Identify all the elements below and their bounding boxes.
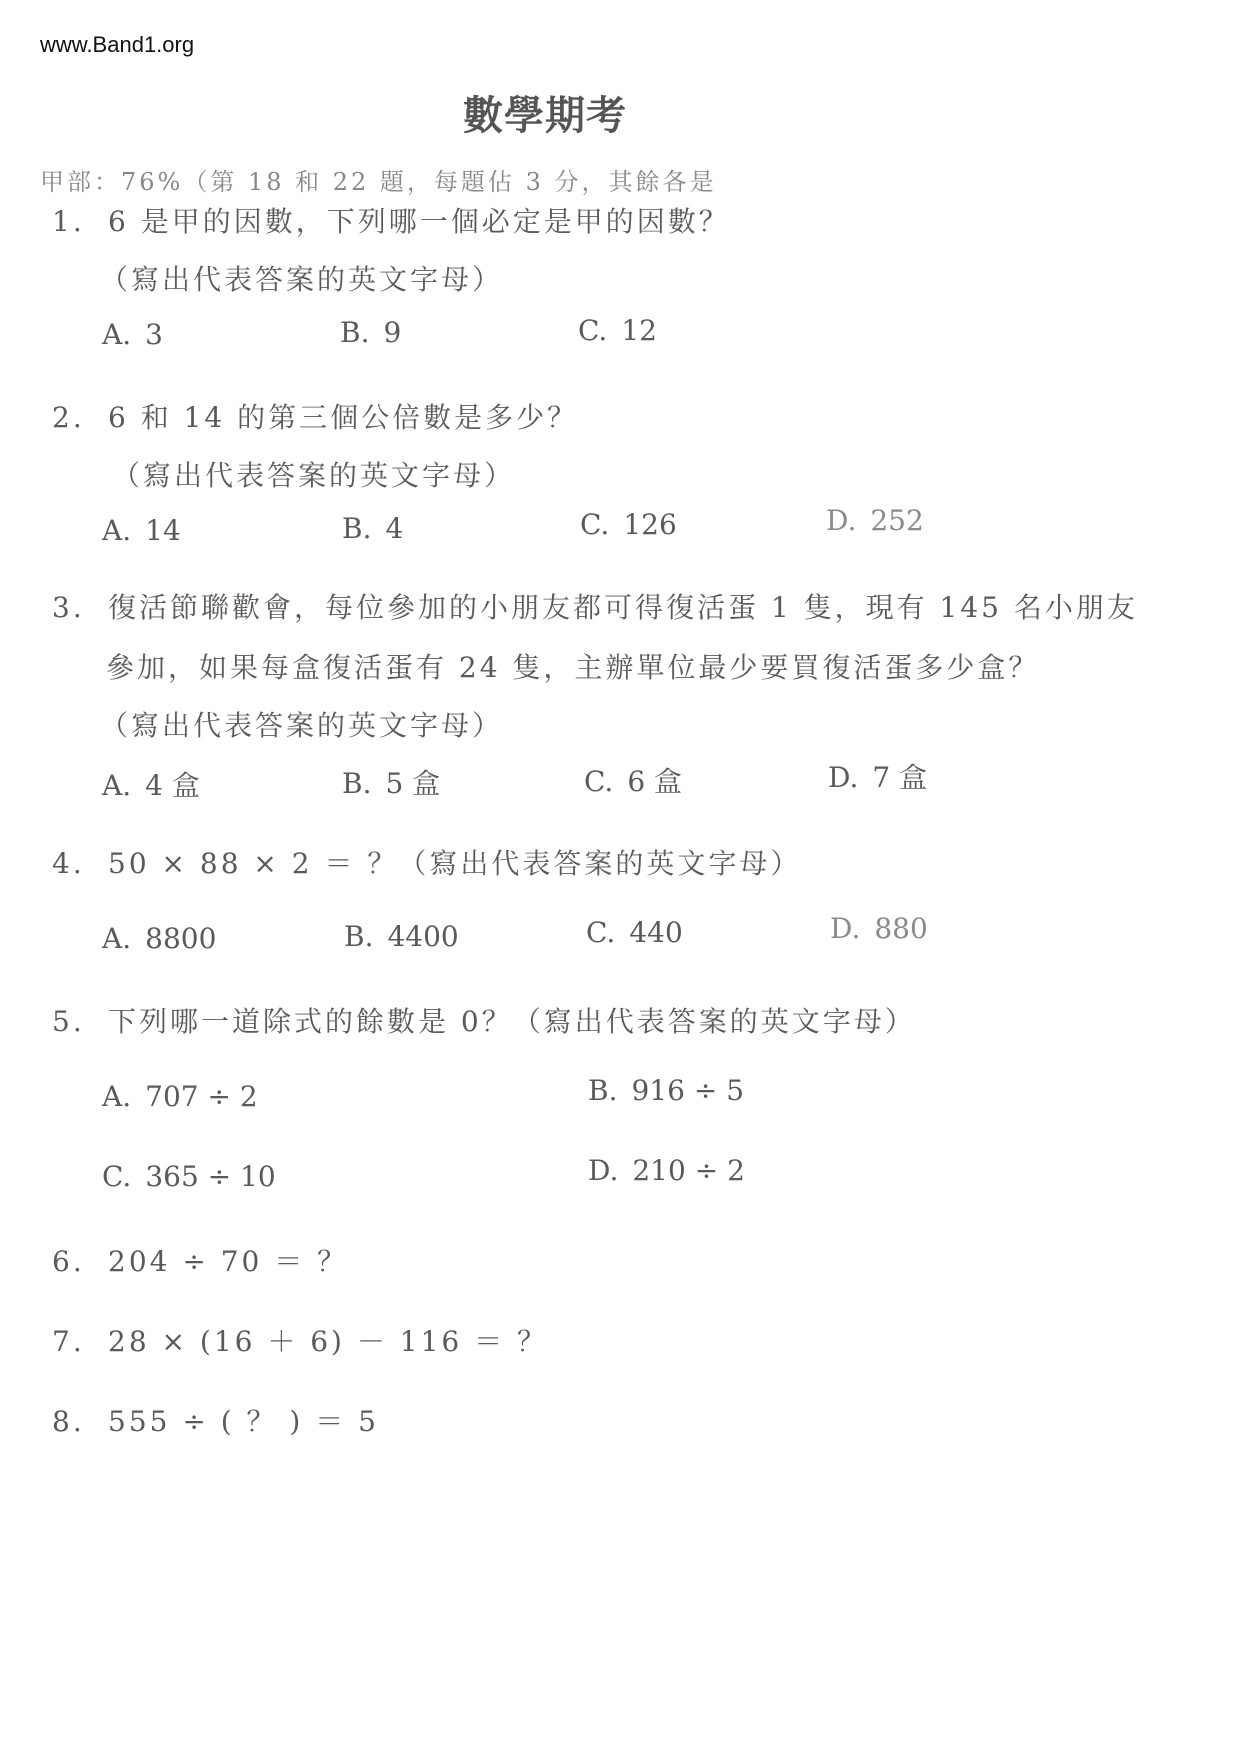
- option-a: A.14: [102, 514, 181, 547]
- option-c: C.440: [586, 916, 683, 949]
- option-b: B.4400: [344, 920, 459, 953]
- option-a: A.3: [102, 318, 163, 351]
- question-text: 28 × (16 ＋ 6) － 116 ＝ ？: [108, 1325, 548, 1358]
- site-url: www.Band1.org: [40, 32, 194, 58]
- question-instruction: （寫出代表答案的英文字母）: [112, 454, 515, 494]
- section-note: 甲部：76%（第 18 和 22 題，每題佔 3 分，其餘各是: [40, 162, 716, 197]
- question-number: 4.: [52, 847, 108, 880]
- question-text: 204 ÷ 70 ＝ ？: [108, 1245, 348, 1278]
- question-instruction: （寫出代表答案的英文字母）: [100, 704, 503, 744]
- question-7: 7.28 × (16 ＋ 6) － 116 ＝ ？: [52, 1320, 548, 1360]
- option-c: C.12: [578, 314, 657, 347]
- option-d: D.880: [830, 912, 928, 945]
- question-number: 3.: [52, 591, 108, 624]
- option-c: C.6 盒: [584, 760, 682, 800]
- question-text: 6 和 14 的第三個公倍數是多少？: [108, 401, 578, 434]
- question-text: 555 ÷ ( ？ ) ＝ 5: [108, 1405, 379, 1438]
- option-b: B.4: [342, 512, 403, 545]
- option-c: C.126: [580, 508, 677, 541]
- question-text: 下列哪一道除式的餘數是 0？（寫出代表答案的英文字母）: [108, 1005, 916, 1038]
- question-number: 8.: [52, 1405, 108, 1438]
- question-8: 8.555 ÷ ( ？ ) ＝ 5: [52, 1400, 379, 1440]
- question-number: 1.: [52, 205, 108, 238]
- question-instruction: （寫出代表答案的英文字母）: [100, 258, 503, 298]
- option-b: B.9: [340, 316, 401, 349]
- question-number: 2.: [52, 401, 108, 434]
- option-d: D.252: [826, 504, 924, 537]
- question-6: 6.204 ÷ 70 ＝ ？: [52, 1240, 348, 1280]
- option-d: D.210 ÷ 2: [588, 1154, 745, 1187]
- question-text: 50 × 88 × 2 ＝ ？（寫出代表答案的英文字母）: [108, 847, 801, 880]
- question-text: 復活節聯歡會，每位參加的小朋友都可得復活蛋 1 隻，現有 145 名小朋友: [108, 591, 1138, 624]
- option-a: A.8800: [102, 922, 216, 955]
- option-a: A.4 盒: [102, 764, 200, 804]
- question-number: 5.: [52, 1005, 108, 1038]
- page-title: 數學期考: [0, 84, 1090, 141]
- option-b: B.5 盒: [342, 762, 440, 802]
- option-c: C.365 ÷ 10: [102, 1160, 276, 1193]
- question-number: 6.: [52, 1245, 108, 1278]
- question-text: 6 是甲的因數，下列哪一個必定是甲的因數？: [108, 205, 730, 238]
- option-d: D.7 盒: [828, 756, 927, 796]
- option-a: A.707 ÷ 2: [102, 1080, 258, 1113]
- question-number: 7.: [52, 1325, 108, 1358]
- question-text-continued: 參加，如果每盒復活蛋有 24 隻，主辦單位最少要買復活蛋多少盒？: [106, 646, 1039, 686]
- option-b: B.916 ÷ 5: [588, 1074, 744, 1107]
